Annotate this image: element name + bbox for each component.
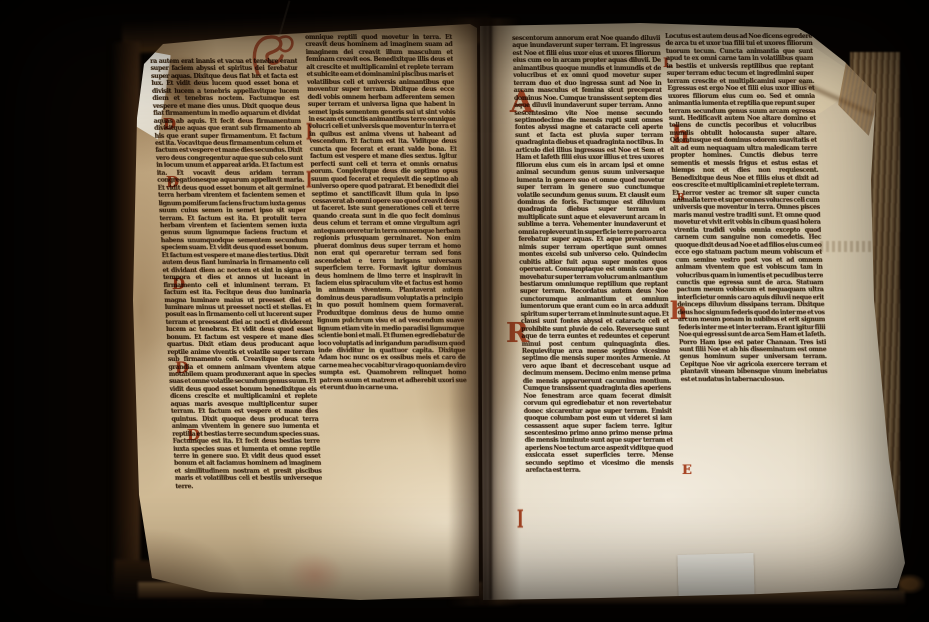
rubricated-initial-R: R	[506, 320, 528, 347]
rubricated-initial-A: A	[510, 88, 533, 118]
blank-paper-label	[677, 553, 754, 597]
rubricated-initial-D: D	[187, 428, 200, 443]
faded-marginal-note	[820, 241, 874, 252]
rubricated-initial-L: L	[663, 57, 672, 70]
rubricated-initial-D: D	[166, 175, 179, 190]
rubricated-initial-I: I	[517, 508, 524, 533]
red-offset-smudge	[286, 552, 344, 598]
rubricated-initial-D: D	[163, 117, 176, 132]
rubricated-initial-D: D	[172, 277, 185, 292]
rubricated-initial-I: I	[306, 122, 312, 145]
rubricated-initial-h: h	[672, 123, 689, 147]
page-corner-fragment	[899, 574, 925, 594]
left-page-column-1: ra autem erat inanis et vacua et tenebre…	[150, 58, 325, 532]
rubricated-initial-E: E	[682, 464, 692, 477]
right-page-column-1: sescentorum annorum erat Noe quando dilu…	[512, 35, 677, 591]
rubricated-initial-I: I	[306, 170, 312, 193]
manuscript-photograph: ra autem erat inanis et vacua et tenebre…	[0, 0, 929, 622]
rubricated-initial-h: h	[670, 299, 687, 323]
rubricated-initial-D: D	[175, 360, 189, 376]
rubricated-initial-B: B	[677, 194, 685, 203]
gutter-crease-line	[489, 20, 492, 600]
right-page-column-2: Locutus est autem deus ad Noe dicens egr…	[665, 33, 834, 519]
left-page-column-2: omnique reptili quod movetur in terra. E…	[305, 34, 473, 532]
